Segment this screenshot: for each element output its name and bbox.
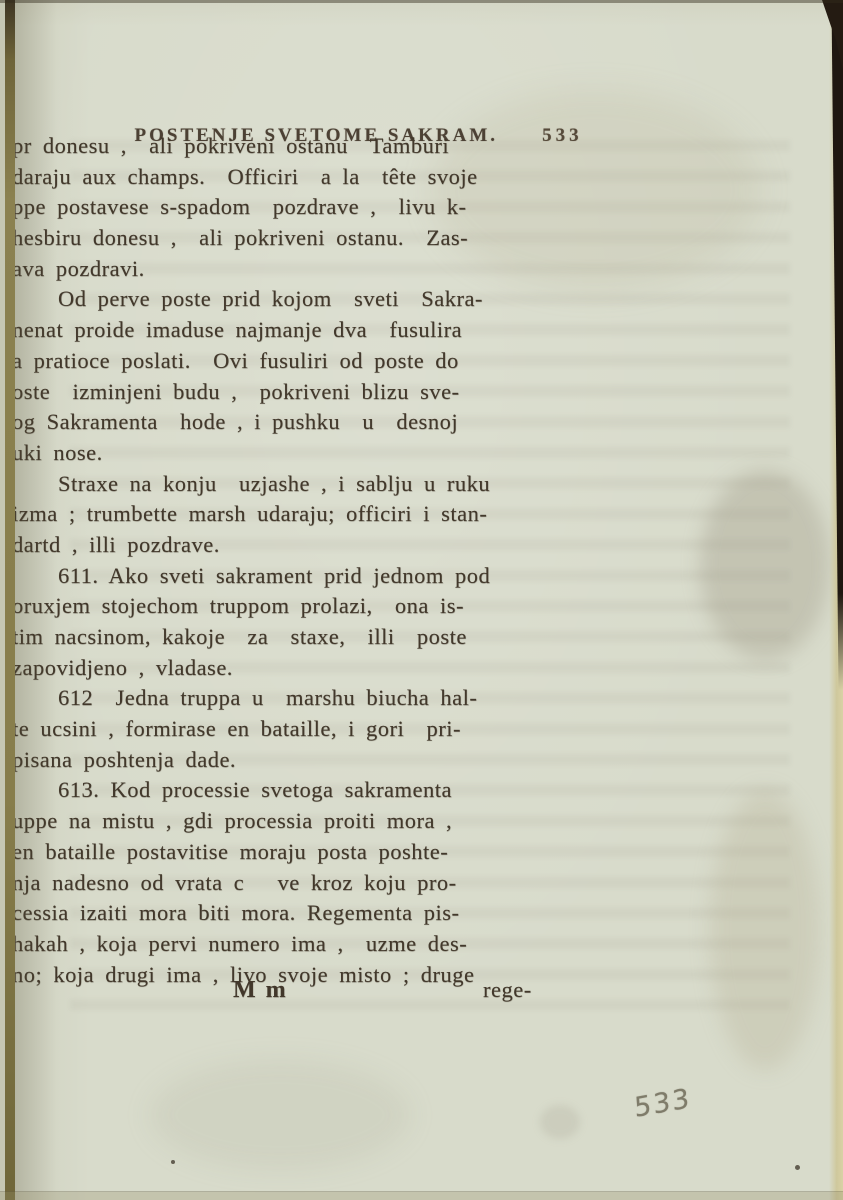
text-line: Od perve poste prid kojom sveti Sakra- [12,284,612,315]
binding-edge [5,0,15,1200]
text-line: pisana poshtenja dade. [12,745,612,776]
text-block: pr donesu , ali pokriveni ostanu Tamburi… [12,131,612,990]
book-page-scan: POSTENJE SVETOME SAKRAM.533 pr donesu , … [0,0,843,1200]
text-line: dartd , illi pozdrave. [12,530,612,561]
page-surface: POSTENJE SVETOME SAKRAM.533 pr donesu , … [0,0,843,1200]
page-bottom-edge [0,1192,843,1200]
text-line: nenat proide imaduse najmanje dva fusuli… [12,315,612,346]
text-line: uppe na mistu , gdi processia proiti mor… [12,806,612,837]
handwritten-page-number: 533 [633,1083,692,1124]
text-line: og Sakramenta hode , i pushku u desnoj [12,407,612,438]
signature-mark: M m [233,977,288,1004]
text-line: a pratioce poslati. Ovi fusuliri od post… [12,346,612,377]
ink-speck [171,1160,175,1164]
text-line: pr donesu , ali pokriveni ostanu Tamburi [12,131,612,162]
stain [150,1060,410,1170]
text-line: tim nacsinom, kakoje za staxe, illi post… [12,622,612,653]
gutter-shadow [15,0,57,1200]
ink-speck [795,1165,800,1170]
catchword: rege- [483,977,532,1003]
text-line: 612 Jedna truppa u marshu biucha hal- [12,683,612,714]
text-line: hesbiru donesu , ali pokriveni ostanu. Z… [12,223,612,254]
text-line: daraju aux champs. Officiri a la tête sv… [12,162,612,193]
text-line: en bataille postavitise moraju posta pos… [12,837,612,868]
text-line: oruxjem stojechom truppom prolazi, ona i… [12,591,612,622]
text-line: te ucsini , formirase en bataille, i gor… [12,714,612,745]
text-line: uki nose. [12,438,612,469]
stain [540,1105,580,1139]
text-line: hakah , koja pervi numero ima , uzme des… [12,929,612,960]
text-line: Straxe na konju uzjashe , i sablju u ruk… [12,469,612,500]
text-line: oste izminjeni budu , pokriveni blizu sv… [12,377,612,408]
text-line: cessia izaiti mora biti mora. Regementa … [12,898,612,929]
stain [700,470,830,660]
page-top-edge [0,0,843,3]
signature-line: M m rege- [12,977,572,1009]
text-line: ppe postavese s-spadom pozdrave , livu k… [12,192,612,223]
stain [710,790,820,1070]
text-line: 613. Kod processie svetoga sakramenta [12,775,612,806]
text-line: nja nadesno od vrata c ve kroz koju pro- [12,868,612,899]
text-line: zapovidjeno , vladase. [12,653,612,684]
text-line: 611. Ako sveti sakrament prid jednom pod [12,561,612,592]
text-line: izma ; trumbette marsh udaraju; officiri… [12,499,612,530]
text-line: ava pozdravi. [12,254,612,285]
